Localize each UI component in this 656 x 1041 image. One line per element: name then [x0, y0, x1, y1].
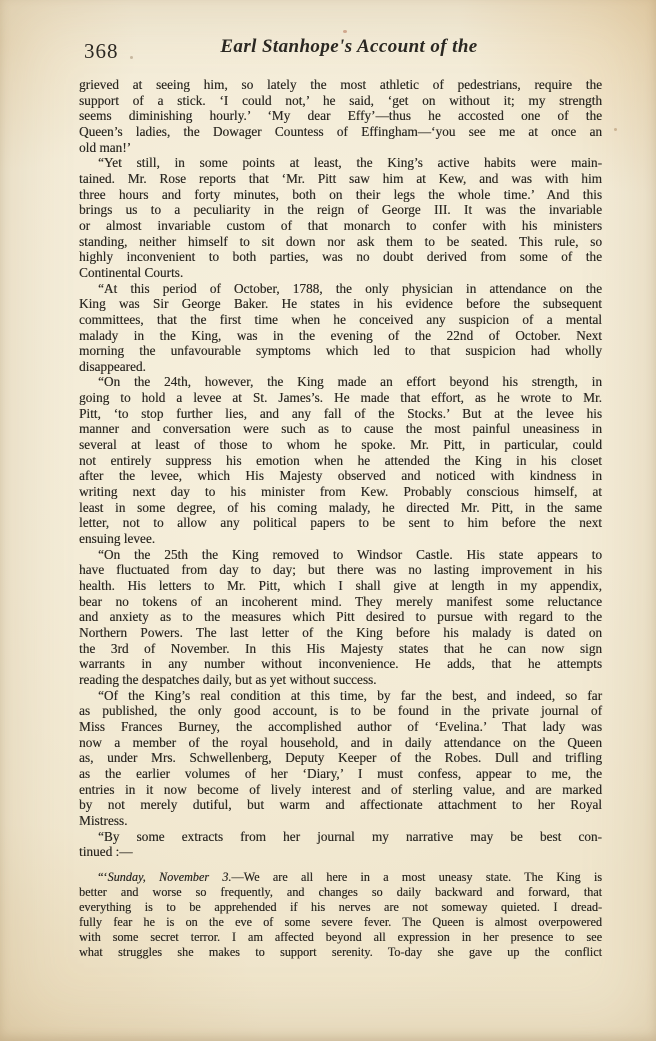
- text-line: several at least of those to whom he spo…: [79, 437, 602, 453]
- text-line: brings us to a peculiarity in the reign …: [79, 202, 602, 218]
- text-line: with some secret terror. I am affected b…: [79, 930, 602, 945]
- text-line: by not merely dutiful, but warm and affe…: [79, 797, 602, 813]
- paragraph: “At this period of October, 1788, the on…: [79, 281, 602, 375]
- text-line: fully fear he is on the eve of some seve…: [79, 915, 602, 930]
- text-line: as the earlier volumes of her ‘Diary,’ I…: [79, 766, 602, 782]
- text-line: manner and conversation were such as to …: [79, 421, 602, 437]
- text-line: letter, not to allow any political paper…: [79, 515, 602, 531]
- text-line: Northern Powers. The last letter of the …: [79, 625, 602, 641]
- text-line: tinued :—: [79, 844, 602, 860]
- text-line: Continental Courts.: [79, 265, 602, 281]
- text-line: better and worse so frequently, and chan…: [79, 885, 602, 900]
- paragraph: “Of the King’s real condition at this ti…: [79, 688, 602, 829]
- text-line: tained. Mr. Rose reports that ‘Mr. Pitt …: [79, 171, 602, 187]
- text-line: “Of the King’s real condition at this ti…: [79, 688, 602, 704]
- text-line: writing next day to his minister from Ke…: [79, 484, 602, 500]
- paragraph: “Yet still, in some points at least, the…: [79, 155, 602, 280]
- page-body-text: grieved at seeing him, so lately the mos…: [79, 77, 602, 960]
- paragraph: “‘Sunday, November 3.—We are all here in…: [79, 870, 602, 960]
- text-line: Miss Frances Burney, the accomplished au…: [79, 719, 602, 735]
- text-line: support of a stick. ‘I could not,’ he sa…: [79, 93, 602, 109]
- text-line: ensuing levee.: [79, 531, 602, 547]
- text-line: seems diminishing hourly.’ ‘My dear Effy…: [79, 108, 602, 124]
- text-line: not entirely suppress his emotion when h…: [79, 453, 602, 469]
- text-line: highly inconvenient to both parties, was…: [79, 249, 602, 265]
- text-line: morning the unfavourable symptoms which …: [79, 343, 602, 359]
- text-line: as, under Mrs. Schwellenberg, Deputy Kee…: [79, 750, 602, 766]
- text-line: the 3rd of November. In this His Majesty…: [79, 641, 602, 657]
- paragraph: “By some extracts from her journal my na…: [79, 829, 602, 860]
- text-line: “Yet still, in some points at least, the…: [79, 155, 602, 171]
- text-line: Pitt, ‘to stop further lies, and any fal…: [79, 406, 602, 422]
- text-line: least in some degree, of his coming mala…: [79, 500, 602, 516]
- text-line: entries in it now become of lively inter…: [79, 782, 602, 798]
- text-line: standing, neither himself to sit down no…: [79, 234, 602, 250]
- text-line: old man!’: [79, 140, 602, 156]
- text-line: now a member of the royal household, and…: [79, 735, 602, 751]
- text-line: after the levee, which His Majesty obser…: [79, 468, 602, 484]
- text-line: grieved at seeing him, so lately the mos…: [79, 77, 602, 93]
- text-line: bear no tokens of an incoherent mind. Th…: [79, 594, 602, 610]
- paper-speck: [614, 128, 617, 131]
- paragraph: “On the 24th, however, the King made an …: [79, 374, 602, 546]
- text-line: disappeared.: [79, 359, 602, 375]
- paragraph: “On the 25th the King removed to Windsor…: [79, 547, 602, 688]
- text-line: Queen’s ladies, the Dowager Countess of …: [79, 124, 602, 140]
- text-line: malady in the King, was in the evening o…: [79, 328, 602, 344]
- text-line: what struggles she makes to support sere…: [79, 945, 602, 960]
- paragraph: grieved at seeing him, so lately the mos…: [79, 77, 602, 155]
- text-line: warrants in any number without inconveni…: [79, 656, 602, 672]
- text-line: “‘Sunday, November 3.—We are all here in…: [79, 870, 602, 885]
- text-line: committees, that the first time when he …: [79, 312, 602, 328]
- text-line: three hours and forty minutes, both on t…: [79, 187, 602, 203]
- running-title: Earl Stanhope's Account of the: [0, 36, 656, 58]
- text-line: have fluctuated from day to day; but the…: [79, 562, 602, 578]
- text-line: going to hold a levee at St. James’s. He…: [79, 390, 602, 406]
- text-line: reading the despatches daily, but as yet…: [79, 672, 602, 688]
- text-segment: —We are all here in a most uneasy state.…: [231, 870, 602, 884]
- text-line: “At this period of October, 1788, the on…: [79, 281, 602, 297]
- text-line: everything is to be apprehended if his n…: [79, 900, 602, 915]
- text-line: “On the 25th the King removed to Windsor…: [79, 547, 602, 563]
- text-line: health. His letters to Mr. Pitt, which I…: [79, 578, 602, 594]
- scanned-book-page: 368 Earl Stanhope's Account of the griev…: [0, 0, 656, 1041]
- text-line: as published, the only good account, is …: [79, 703, 602, 719]
- text-line: King was Sir George Baker. He states in …: [79, 296, 602, 312]
- page-header: 368 Earl Stanhope's Account of the: [0, 36, 656, 66]
- text-line: and anxiety as to the measures which Pit…: [79, 609, 602, 625]
- italic-text-segment: Sunday, November 3.: [107, 870, 231, 884]
- text-line: “By some extracts from her journal my na…: [79, 829, 602, 845]
- paper-speck: [343, 30, 347, 33]
- text-line: Mistress.: [79, 813, 602, 829]
- text-line: “On the 24th, however, the King made an …: [79, 374, 602, 390]
- text-line: or almost invariable custom of that mona…: [79, 218, 602, 234]
